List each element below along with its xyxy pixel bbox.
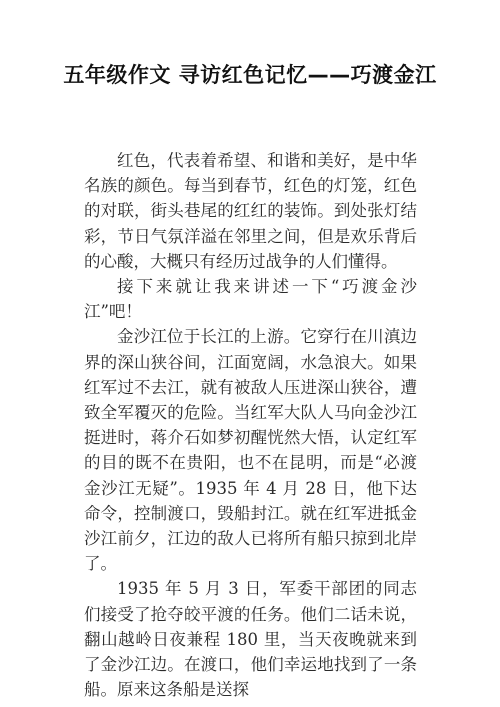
document-body: 红色，代表着希望、和谐和美好，是中华名族的颜色。每当到春节，红色的灯笼，红色的对… [84,148,417,702]
paragraph: 1935 年 5 月 3 日，军委干部团的同志们接受了抢夺皎平渡的任务。他们二话… [84,576,417,702]
paragraph: 金沙江位于长江的上游。它穿行在川滇边界的深山狭谷间，江面宽阔，水急浪大。如果红军… [84,324,417,576]
paragraph: 接下来就让我来讲述一下“巧渡金沙江”吧！ [84,274,417,324]
paragraph: 红色，代表着希望、和谐和美好，是中华名族的颜色。每当到春节，红色的灯笼，红色的对… [84,148,417,274]
document-title: 五年级作文 寻访红色记忆——巧渡金江 [60,60,440,90]
